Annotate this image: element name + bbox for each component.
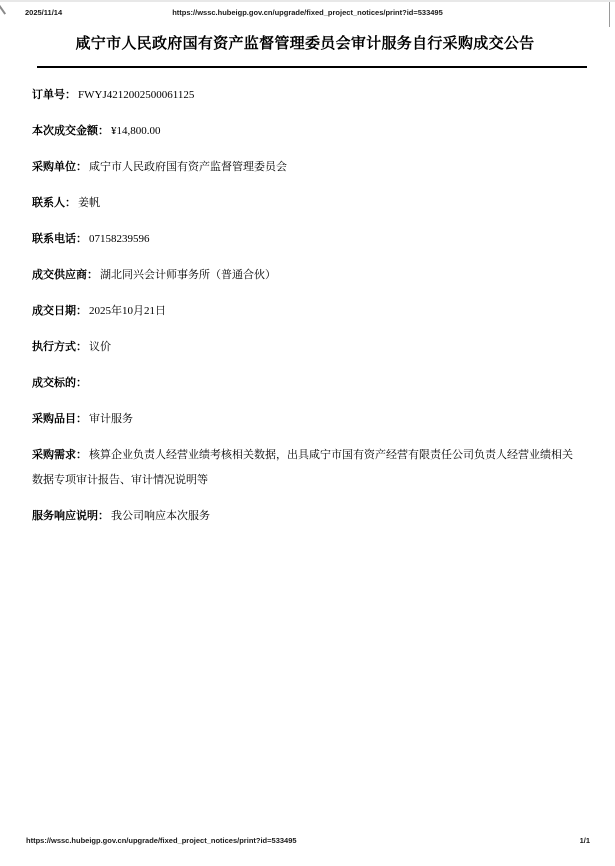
field-row-deal-amount: 本次成交金额：¥14,800.00 [32,119,578,144]
field-label: 采购需求： [32,449,89,461]
field-row-deal-date: 成交日期：2025年10月21日 [32,299,578,324]
field-row-purchaser: 采购单位：咸宁市人民政府国有资产监督管理委员会 [32,155,578,180]
field-label: 订单号： [32,89,78,101]
title-divider [37,66,587,68]
field-value: 咸宁市人民政府国有资产监督管理委员会 [89,161,287,173]
print-preview-page: { "header": { "date": "2025/11/14", "url… [0,0,615,866]
field-value: 2025年10月21日 [89,305,166,317]
field-label: 服务响应说明： [32,510,111,522]
field-label: 联系电话： [32,233,89,245]
field-label: 采购单位： [32,161,89,173]
field-row-service-response: 服务响应说明：我公司响应本次服务 [32,504,578,529]
field-label: 成交供应商： [32,269,100,281]
field-row-deal-subject: 成交标的： [32,371,578,396]
field-label: 执行方式： [32,341,89,353]
field-row-procurement-requirements: 采购需求：核算企业负责人经营业绩考核相关数据，出具咸宁市国有资产经营有限责任公司… [32,443,578,493]
print-header: 2025/11/14 https://wssc.hubeigp.gov.cn/u… [0,8,615,20]
field-value: ¥14,800.00 [111,125,161,137]
page-indicator: 1/1 [580,836,590,845]
field-row-procurement-category: 采购品目：审计服务 [32,407,578,432]
notice-title: 咸宁市人民政府国有资产监督管理委员会审计服务自行采购成交公告 [32,33,578,55]
field-label: 成交日期： [32,305,89,317]
field-value: FWYJ4212002500061125 [78,89,194,101]
scan-top-strip [0,0,615,2]
field-label: 本次成交金额： [32,125,111,137]
field-label: 成交标的： [32,377,89,389]
field-value: 姜帆 [78,197,100,209]
field-list: 订单号：FWYJ4212002500061125 本次成交金额：¥14,800.… [32,83,578,529]
print-footer-url: https://wssc.hubeigp.gov.cn/upgrade/fixe… [26,836,297,845]
field-row-order-number: 订单号：FWYJ4212002500061125 [32,83,578,108]
field-value: 湖北同兴会计师事务所（普通合伙） [100,269,276,281]
field-value: 07158239596 [89,233,150,245]
field-value: 核算企业负责人经营业绩考核相关数据，出具咸宁市国有资产经营有限责任公司负责人经营… [32,449,573,486]
field-value: 我公司响应本次服务 [111,510,210,522]
print-footer: https://wssc.hubeigp.gov.cn/upgrade/fixe… [26,836,590,845]
field-row-contact-person: 联系人：姜帆 [32,191,578,216]
field-row-execution-method: 执行方式：议价 [32,335,578,360]
field-label: 联系人： [32,197,78,209]
field-value: 议价 [89,341,111,353]
notice-document: 咸宁市人民政府国有资产监督管理委员会审计服务自行采购成交公告 订单号：FWYJ4… [0,0,615,529]
field-row-supplier: 成交供应商：湖北同兴会计师事务所（普通合伙） [32,263,578,288]
field-label: 采购品目： [32,413,89,425]
field-row-contact-phone: 联系电话：07158239596 [32,227,578,252]
print-header-url: https://wssc.hubeigp.gov.cn/upgrade/fixe… [0,8,615,17]
field-value: 审计服务 [89,413,133,425]
